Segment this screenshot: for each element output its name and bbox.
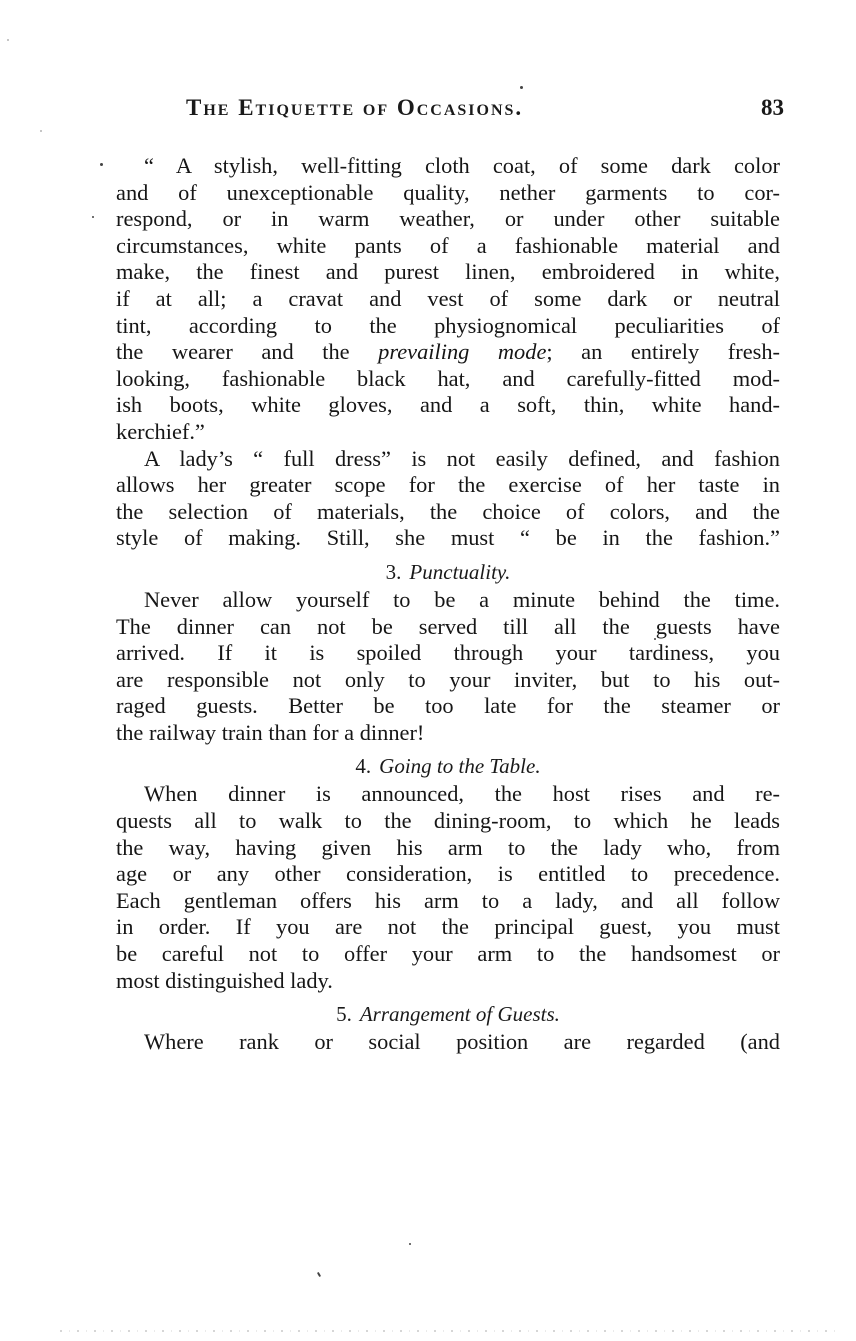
scan-speck [40,130,42,132]
body-text: “ A stylish, well-fitting cloth coat, of… [116,153,780,1056]
text-line: tint, according to the physiognomical pe… [116,313,780,340]
section-number: 3. [386,560,402,584]
text-line: “ A stylish, well-fitting cloth coat, of… [116,153,780,180]
text-line: The dinner can not be served till all th… [116,614,780,641]
text-line: age or any other consideration, is entit… [116,861,780,888]
text-line: respond, or in warm weather, or under ot… [116,206,780,233]
section-title: Punctuality. [409,560,510,584]
text-line: quests all to walk to the dining-room, t… [116,808,780,835]
text-line: kerchief.” [116,419,780,446]
paragraph-quote: “ A stylish, well-fitting cloth coat, of… [116,153,780,446]
paragraph-lady-dress: A lady’s “ full dress” is not easily def… [116,446,780,552]
text-line: A lady’s “ full dress” is not easily def… [116,446,780,473]
section-going-to-table: 4.Going to the Table. When dinner is ann… [116,746,780,994]
text-line: When dinner is announced, the host rises… [116,781,780,808]
text-line: most distinguished lady. [116,968,780,995]
scan-speck [92,216,94,218]
text-line: in order. If you are not the principal g… [116,914,780,941]
scan-speck [409,1243,411,1245]
running-head-title: The Etiquette of Occasions. [186,95,523,121]
text-line: and of unexceptionable quality, nether g… [116,180,780,207]
scan-speck [568,848,571,851]
text-line: Where rank or social position are regard… [116,1029,780,1056]
text-line: looking, fashionable black hat, and care… [116,366,780,393]
text-segment: ; an entirely fresh- [546,339,780,364]
text-line: are responsible not only to your inviter… [116,667,780,694]
text-line: make, the finest and purest linen, embro… [116,259,780,286]
text-line: allows her greater scope for the exercis… [116,472,780,499]
scan-speck [654,638,656,640]
text-line: Each gentleman offers his arm to a lady,… [116,888,780,915]
section-number: 5. [336,1002,352,1026]
section-arrangement-of-guests: 5.Arrangement of Guests. Where rank or s… [116,994,780,1056]
text-line: be careful not to offer your arm to the … [116,941,780,968]
section-heading: 5.Arrangement of Guests. [116,994,780,1027]
page-number: 83 [761,95,784,121]
section-title: Going to the Table. [379,754,540,778]
scan-speck [317,1272,321,1277]
text-line: circumstances, white pants of a fashiona… [116,233,780,260]
italic-phrase: prevailing mode [378,339,546,364]
text-line: ish boots, white gloves, and a soft, thi… [116,392,780,419]
text-line: the railway train than for a dinner! [116,720,780,747]
text-line: the selection of materials, the choice o… [116,499,780,526]
section-punctuality: 3.Punctuality. Never allow yourself to b… [116,552,780,747]
book-page: The Etiquette of Occasions. 83 “ A styli… [0,0,856,1341]
text-segment: the wearer and the [116,339,378,364]
text-line: the way, having given his arm to the lad… [116,835,780,862]
section-heading: 3.Punctuality. [116,552,780,585]
scan-speck [520,86,523,89]
scan-noise [60,1330,840,1332]
text-line: raged guests. Better be too late for the… [116,693,780,720]
scan-speck [7,39,9,41]
section-heading: 4.Going to the Table. [116,746,780,779]
text-line: style of making. Still, she must “ be in… [116,525,780,552]
scan-speck [100,163,103,166]
text-line: arrived. If it is spoiled through your t… [116,640,780,667]
text-line: if at all; a cravat and vest of some dar… [116,286,780,313]
text-line: the wearer and the prevailing mode; an e… [116,339,780,366]
text-line: Never allow yourself to be a minute behi… [116,587,780,614]
section-title: Arrangement of Guests. [360,1002,560,1026]
section-number: 4. [355,754,371,778]
running-head: The Etiquette of Occasions. 83 [186,95,796,129]
